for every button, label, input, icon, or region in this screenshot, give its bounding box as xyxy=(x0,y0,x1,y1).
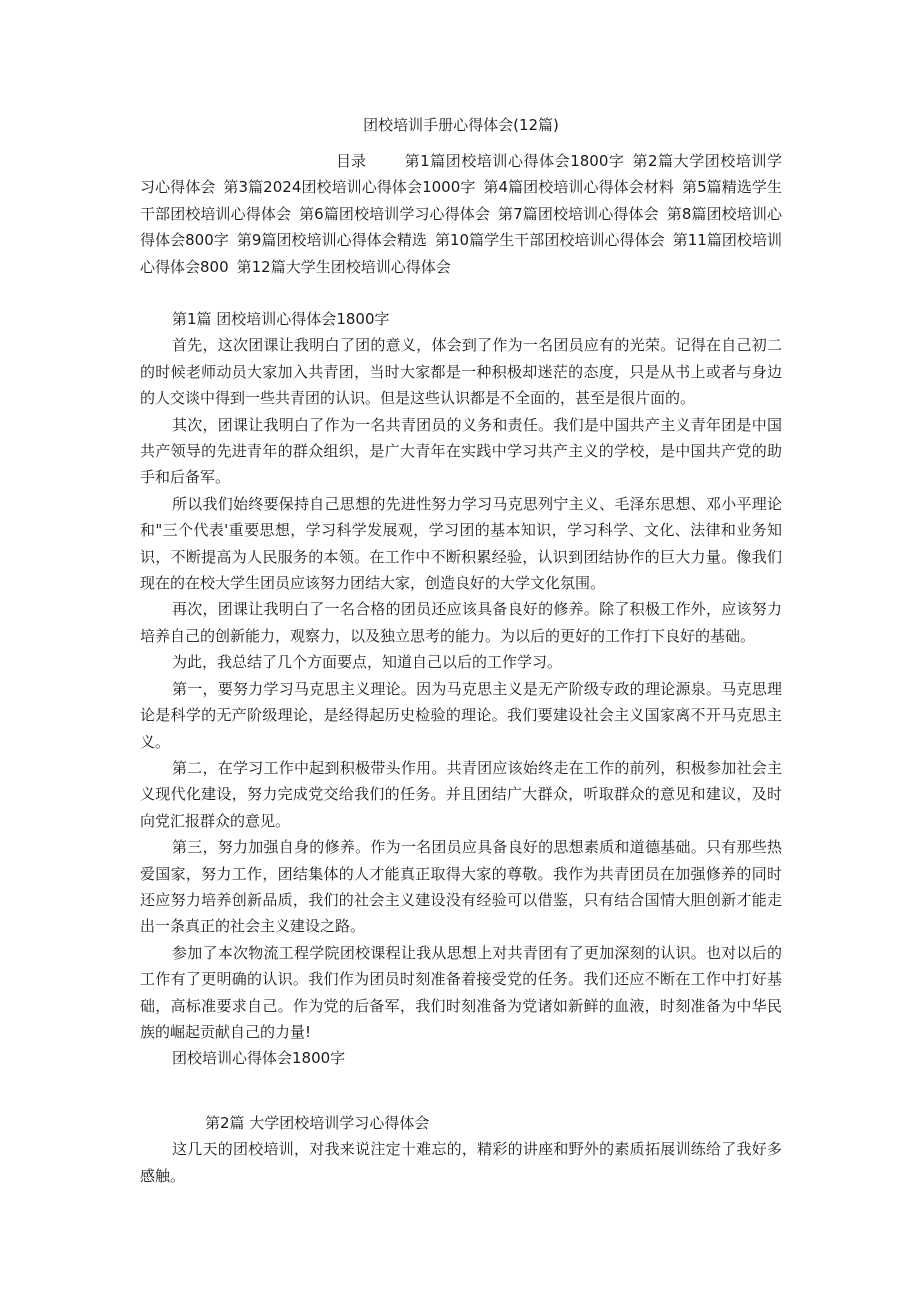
section-1: 第1篇 团校培训心得体会1800字 首先，这次团课让我明白了团的意义，体会到了作… xyxy=(140,306,782,1072)
toc-item: 第10篇学生干部团校培训心得体会 xyxy=(435,231,665,249)
toc-label: 目录 xyxy=(336,148,366,174)
section-1-footer: 团校培训心得体会1800字 xyxy=(140,1045,782,1071)
paragraph: 第一，要努力学习马克思主义理论。因为马克思主义是无产阶级专政的理论源泉。马克思理… xyxy=(140,676,782,755)
toc-item: 第4篇团校培训心得体会材料 xyxy=(483,178,674,196)
table-of-contents: 目录第1篇团校培训心得体会1800字第2篇大学团校培训学习心得体会第3篇2024… xyxy=(140,148,782,280)
document-title: 团校培训手册心得体会(12篇) xyxy=(140,114,782,136)
paragraph: 其次，团课让我明白了作为一名共青团员的义务和责任。我们是中国共产主义青年团是中国… xyxy=(140,412,782,491)
paragraph: 第三，努力加强自身的修养。作为一名团员应具备良好的思想素质和道德基础。只有那些热… xyxy=(140,834,782,940)
toc-item: 第12篇大学生团校培训心得体会 xyxy=(237,258,451,276)
paragraph: 再次，团课让我明白了一名合格的团员还应该具备良好的修养。除了积极工作外，应该努力… xyxy=(140,596,782,649)
section-2-heading: 第2篇 大学团校培训学习心得体会 xyxy=(140,1110,782,1136)
toc-item: 第7篇团校培训心得体会 xyxy=(498,205,659,223)
toc-item: 第3篇2024团校培训心得体会1000字 xyxy=(223,178,475,196)
paragraph: 为此，我总结了几个方面要点，知道自己以后的工作学习。 xyxy=(140,649,782,675)
section-1-heading: 第1篇 团校培训心得体会1800字 xyxy=(140,306,782,332)
section-2: 第2篇 大学团校培训学习心得体会 这几天的团校培训，对我来说注定十难忘的，精彩的… xyxy=(140,1110,782,1189)
paragraph: 第二，在学习工作中起到积极带头作用。共青团应该始终走在工作的前列，积极参加社会主… xyxy=(140,755,782,834)
paragraph: 这几天的团校培训，对我来说注定十难忘的，精彩的讲座和野外的素质拓展训练给了我好多… xyxy=(140,1136,782,1189)
paragraph: 参加了本次物流工程学院团校课程让我从思想上对共青团有了更加深刻的认识。也对以后的… xyxy=(140,940,782,1046)
paragraph: 所以我们始终要保持自己思想的先进性努力学习马克思列宁主义、毛泽东思想、邓小平理论… xyxy=(140,491,782,597)
toc-item: 第6篇团校培训学习心得体会 xyxy=(299,205,490,223)
toc-item: 第1篇团校培训心得体会1800字 xyxy=(404,152,624,170)
toc-item: 第9篇团校培训心得体会精选 xyxy=(237,231,427,249)
paragraph: 首先，这次团课让我明白了团的意义，体会到了作为一名团员应有的光荣。记得在自己初二… xyxy=(140,332,782,411)
